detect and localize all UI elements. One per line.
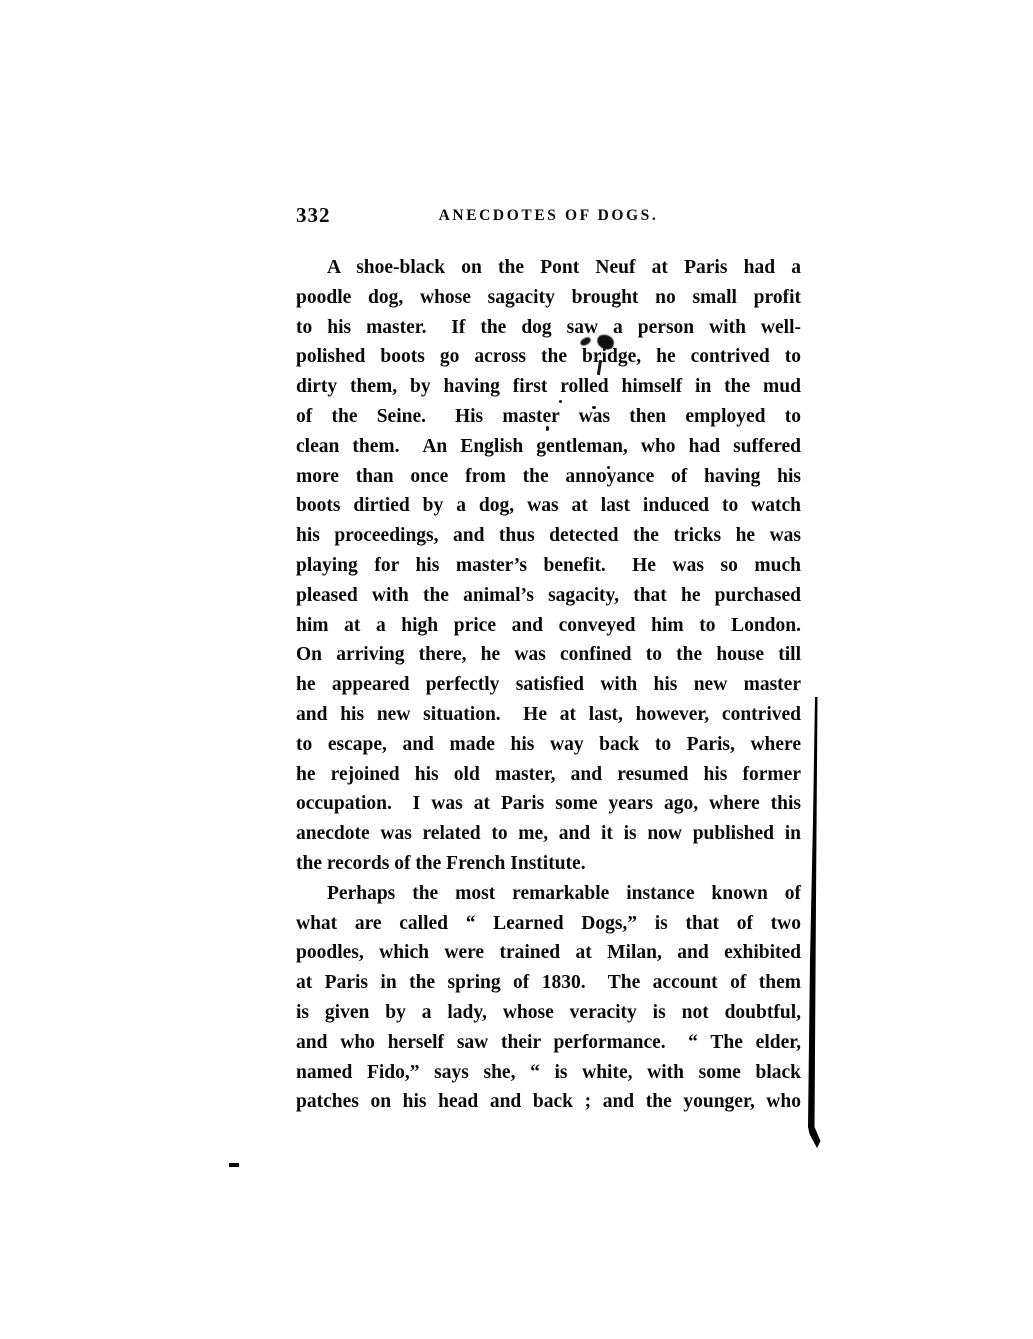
text-line: occupation. I was at Paris some years ag… bbox=[296, 789, 801, 819]
text-line: named Fido,” says she, “ is white, with … bbox=[296, 1058, 801, 1088]
text-line: poodle dog, whose sagacity brought no sm… bbox=[296, 283, 801, 313]
text-line: dirty them, by having first rolled himse… bbox=[296, 372, 801, 402]
text-line: and who herself saw their performance. “… bbox=[296, 1028, 801, 1058]
book-page: 332 ANECDOTES OF DOGS. A shoe-black on t… bbox=[0, 0, 1033, 1339]
text-line: pleased with the animal’s sagacity, that… bbox=[296, 581, 801, 611]
ink-speck bbox=[607, 466, 610, 469]
text-line: to his master. If the dog saw a person w… bbox=[296, 313, 801, 343]
text-line: what are called “ Learned Dogs,” is that… bbox=[296, 909, 801, 939]
text-line: On arriving there, he was confined to th… bbox=[296, 640, 801, 670]
ink-speck bbox=[559, 400, 562, 403]
page-header: 332 ANECDOTES OF DOGS. bbox=[296, 203, 801, 231]
text-line: playing for his master’s benefit. He was… bbox=[296, 551, 801, 581]
text-line: patches on his head and back ; and the y… bbox=[296, 1087, 801, 1117]
text-line: him at a high price and conveyed him to … bbox=[296, 611, 801, 641]
text-body: A shoe-black on the Pont Neuf at Paris h… bbox=[296, 253, 801, 1117]
text-line: is given by a lady, whose veracity is no… bbox=[296, 998, 801, 1028]
stray-dash-artifact bbox=[229, 1163, 239, 1167]
scan-streak-artifact bbox=[798, 690, 828, 1155]
text-line: clean them. An English gentleman, who ha… bbox=[296, 432, 801, 462]
text-line: poodles, which were trained at Milan, an… bbox=[296, 938, 801, 968]
ink-speck bbox=[592, 406, 596, 409]
text-line: more than once from the annoyance of hav… bbox=[296, 462, 801, 492]
text-line: A shoe-black on the Pont Neuf at Paris h… bbox=[296, 253, 801, 283]
text-line: his proceedings, and thus detected the t… bbox=[296, 521, 801, 551]
text-line: and his new situation. He at last, howev… bbox=[296, 700, 801, 730]
text-line: anecdote was related to me, and it is no… bbox=[296, 819, 801, 849]
text-line: to escape, and made his way back to Pari… bbox=[296, 730, 801, 760]
text-line: he rejoined his old master, and resumed … bbox=[296, 760, 801, 790]
text-line: at Paris in the spring of 1830. The acco… bbox=[296, 968, 801, 998]
text-line: he appeared perfectly satisfied with his… bbox=[296, 670, 801, 700]
text-line: the records of the French Institute. bbox=[296, 849, 801, 879]
text-line: boots dirtied by a dog, was at last indu… bbox=[296, 491, 801, 521]
text-line: polished boots go across the bridge, he … bbox=[296, 342, 801, 372]
running-title: ANECDOTES OF DOGS. bbox=[296, 207, 801, 225]
text-line: Perhaps the most remarkable instance kno… bbox=[296, 879, 801, 909]
